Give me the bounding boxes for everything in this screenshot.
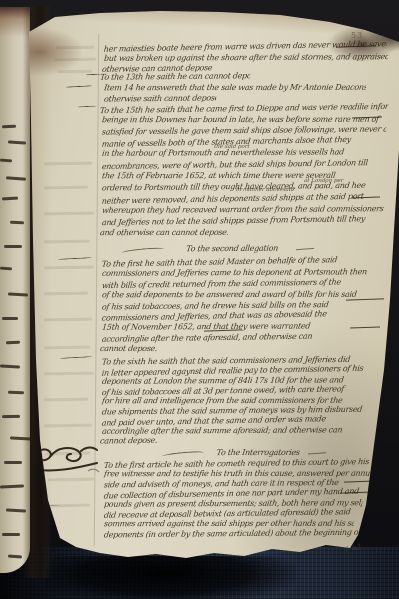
page-shadow (46, 556, 296, 599)
interlinear-insertion: in manner abovesaid (236, 187, 295, 193)
manuscript-line: but was broken up against the shoare aft… (103, 52, 388, 65)
facing-page-ink-mark (0, 364, 20, 368)
manuscript-line: Item 14 he answereth that the sale was m… (103, 83, 366, 94)
manuscript-page: 53 her maiesties boate heere from warre … (0, 0, 399, 599)
facing-page-ink-mark (2, 415, 20, 418)
handwritten-text: her maiesties boate heere from warre was… (0, 0, 399, 599)
strikeout-mark (350, 326, 380, 328)
interlinear-insertion: the said port (214, 144, 250, 150)
margin-dash (66, 85, 92, 87)
margin-dash (78, 106, 96, 108)
facing-page-ink-mark (2, 197, 18, 200)
facing-page-ink-mark (4, 245, 22, 248)
manuscript-line: deponents (in order by the same articula… (103, 528, 377, 542)
manuscript-line: cannot depose. (99, 435, 170, 447)
facing-page-ink-mark (2, 533, 20, 536)
interlinear-insertion: at London per (304, 178, 344, 184)
facing-page-ink-mark (6, 341, 20, 344)
manuscript-line: and otherwise can cannot depose. (99, 228, 228, 239)
margin-dash (86, 74, 100, 76)
manuscript-line: To the 13th he saith he can cannot depos… (99, 71, 250, 84)
facing-page-ink-mark (0, 484, 24, 488)
facing-page-ink-mark (0, 159, 12, 162)
facing-page-ink-mark (4, 461, 22, 464)
facing-page-ink-mark (0, 267, 12, 270)
facing-page-ink-mark (2, 317, 18, 320)
facing-page-ink-mark (8, 555, 22, 559)
margin-dash (60, 356, 92, 359)
facing-page-ink-mark (2, 125, 16, 128)
section-heading: To the second allegation (171, 244, 292, 256)
manuscript-photo: 53 her maiesties boate heere from warre … (0, 0, 399, 599)
manuscript-line: cannot depose. (99, 344, 170, 355)
margin-dash (58, 257, 92, 260)
